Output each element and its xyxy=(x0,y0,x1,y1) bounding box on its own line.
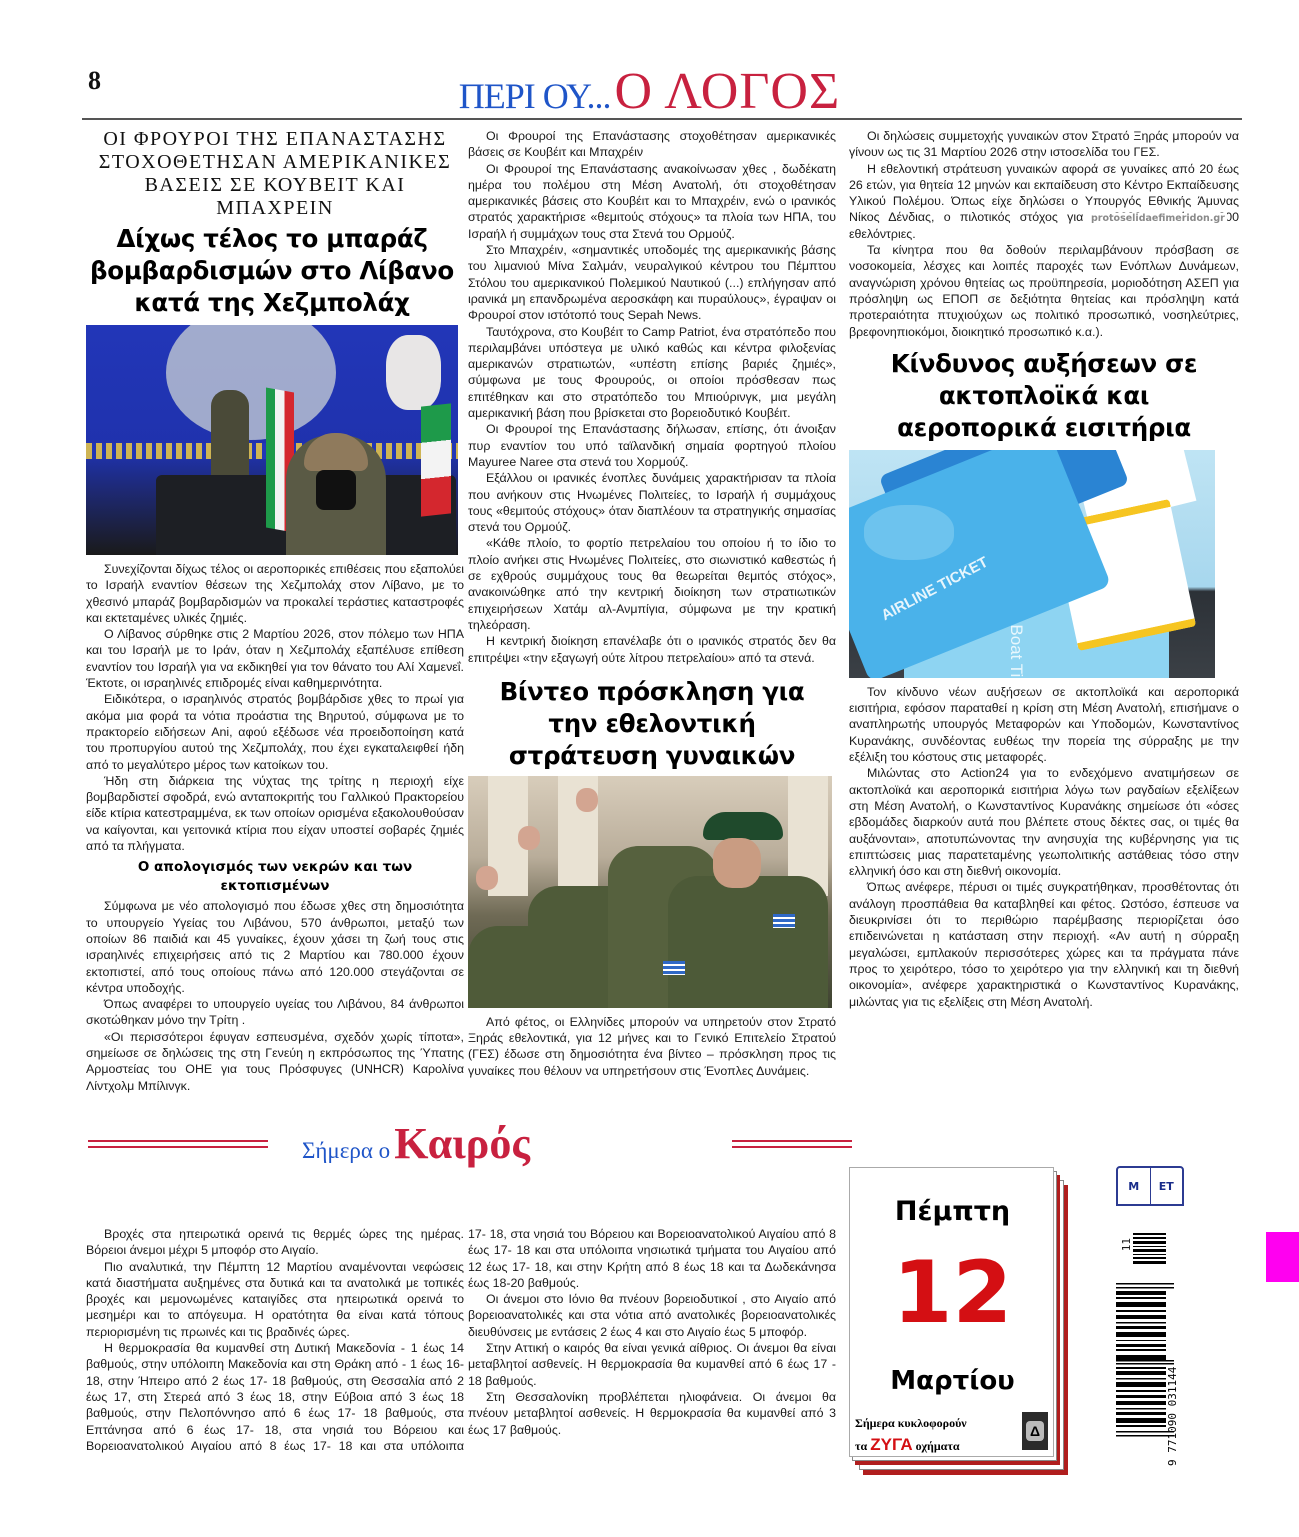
traffic-note: Σήμερα κυκλοφορούν τα ΖΥΓΑ οχήματα xyxy=(855,1412,1020,1457)
delta-badge-icon: Δ xyxy=(1022,1412,1048,1450)
paragraph: Οι Φρουροί της Επανάστασης δήλωσαν, επίσ… xyxy=(468,421,836,470)
watermark: protoselidaefimeridon.gr xyxy=(1089,213,1227,224)
paragraph: Ήδη στη διάρκεια της νύχτας της τρίτης η… xyxy=(86,773,464,854)
paragraph: Οι Φρουροί της Επανάστασης στοχοθέτησαν … xyxy=(468,128,836,161)
barcode-issue-number: 11 xyxy=(1120,1238,1133,1251)
column-2: Οι Φρουροί της Επανάστασης στοχοθέτησαν … xyxy=(468,128,836,1079)
paragraph: Εξάλλου οι ιρανικές ένοπλες δυνάμεις χαρ… xyxy=(468,470,836,535)
column-3: Οι δηλώσεις συμμετοχής γυναικών στον Στρ… xyxy=(849,128,1239,1010)
paragraph: Όπως ανέφερε, πέρυσι οι τιμές συγκρατήθη… xyxy=(849,879,1239,1009)
paragraph: 17- 18, στα νησιά του Βόρειου και Βορειο… xyxy=(468,1226,836,1291)
paragraph: Ταυτόχρονα, στο Κουβέιτ το Camp Patriot,… xyxy=(468,324,836,422)
weather-banner: Σήμερα ο Καιρός xyxy=(82,1122,852,1168)
headline-ticket-prices: Κίνδυνος αυξήσεων σε ακτοπλοϊκά και αερο… xyxy=(879,348,1209,444)
weather-column-1: Βροχές στα ηπειρωτικά ορεινά τις θερμές … xyxy=(86,1226,464,1454)
paragraph: Από φέτος, οι Ελληνίδες μπορούν να υπηρε… xyxy=(468,1014,836,1079)
photo-iranian-guards xyxy=(86,325,458,555)
paragraph: Οι Φρουροί της Επανάστασης ανακοίνωσαν χ… xyxy=(468,161,836,242)
paragraph: Οι άνεμοι στο Ιόνιο θα πνέουν βορειοδυτι… xyxy=(468,1291,836,1340)
barcode-addon-icon xyxy=(1133,1233,1166,1265)
calendar-date: 12 xyxy=(850,1248,1055,1338)
paragraph: «Οι περισσότεροι έφυγαν εσπευσμένα, σχεδ… xyxy=(86,1029,464,1094)
photo-airline-ferry-tickets: Ferry Boat Ticket AIRLINE TICKET xyxy=(849,450,1215,678)
photo-women-soldiers xyxy=(468,776,832,1008)
paragraph: Στο Μπαχρέιν, «σημαντικές υποδομές της α… xyxy=(468,242,836,323)
paragraph: Μιλώντας στο Action24 για το ενδεχόμενο … xyxy=(849,765,1239,879)
paragraph: Τα κίνητρα που θα δοθούν περιλαμβάνουν π… xyxy=(849,242,1239,340)
calendar-month: Μαρτίου xyxy=(850,1366,1055,1396)
paragraph: Τον κίνδυνο νέων αυξήσεων σε ακτοπλοϊκά … xyxy=(849,684,1239,765)
masthead-prefix: ΠΕΡΙ ΟΥ... xyxy=(459,76,611,116)
paragraph: Ειδικότερα, ο ισραηλινός στρατός βομβάρδ… xyxy=(86,691,464,772)
paragraph: Η εθελοντική στράτευση γυναικών αφορά σε… xyxy=(849,161,1239,242)
headline-women-volunteers: Βίντεο πρόσκληση για την εθελοντική στρά… xyxy=(488,676,816,772)
paragraph: Βροχές στα ηπειρωτικά ορεινά τις θερμές … xyxy=(86,1226,464,1259)
calendar-day: Πέμπτη xyxy=(850,1196,1055,1227)
paragraph: Σύμφωνα με νέο απολογισμό που έδωσε χθες… xyxy=(86,898,464,996)
paragraph: Η κεντρική διοίκηση επανέλαβε ότι ο ιραν… xyxy=(468,633,836,666)
kicker-lebanon: ΟΙ ΦΡΟΥΡΟΙ ΤΗΣ ΕΠΑΝΑΣΤΑΣΗΣ ΣΤΟΧΟΘΕΤΗΣΑΝ … xyxy=(86,128,464,220)
paragraph: «Κάθε πλοίο, το φορτίο πετρελαίου του οπ… xyxy=(468,535,836,633)
headline-lebanon: Δίχως τέλος το μπαράζ βομβαρδισμών στο Λ… xyxy=(86,223,458,319)
paragraph: Η θερμοκρασία θα κυμανθεί στη Δυτική Μακ… xyxy=(86,1340,464,1454)
paragraph: Οι δηλώσεις συμμετοχής γυναικών στον Στρ… xyxy=(849,128,1239,161)
paragraph: Στη Θεσσαλονίκη προβλέπεται ηλιοφάνεια. … xyxy=(468,1389,836,1438)
weather-column-2: 17- 18, στα νησιά του Βόρειου και Βορειο… xyxy=(468,1226,836,1438)
date-calendar: Πέμπτη 12 Μαρτίου Σήμερα κυκλοφορούν τα … xyxy=(849,1167,1059,1467)
banner-rule-left xyxy=(88,1140,268,1148)
paragraph: Όπως αναφέρει το υπουργείο υγείας του Λι… xyxy=(86,996,464,1029)
masthead-title: Ο ΛΟΓΟΣ xyxy=(615,63,841,120)
masthead: ΠΕΡΙ ΟΥ... Ο ΛΟΓΟΣ xyxy=(0,62,1299,121)
banner-rule-right xyxy=(732,1140,852,1148)
weather-title: Σήμερα ο Καιρός xyxy=(302,1118,530,1169)
masthead-divider xyxy=(82,118,1242,120)
color-registration-tab xyxy=(1266,1232,1299,1282)
paragraph: Στην Αττική ο καιρός θα είναι γενικά αίθ… xyxy=(468,1340,836,1389)
paragraph: Ο Λίβανος σύρθηκε στις 2 Μαρτίου 2026, σ… xyxy=(86,626,464,691)
paragraph: Συνεχίζονται δίχως τέλος οι αεροπορικές … xyxy=(86,561,464,626)
barcode-digits: 9 771090 031144 xyxy=(1166,1296,1184,1466)
subhead-casualties: Ο απολογισμός των νεκρών και των εκτοπισ… xyxy=(86,858,464,896)
paragraph: Πιο αναλυτικά, την Πέμπτη 12 Μαρτίου ανα… xyxy=(86,1259,464,1340)
column-1: ΟΙ ΦΡΟΥΡΟΙ ΤΗΣ ΕΠΑΝΑΣΤΑΣΗΣ ΣΤΟΧΟΘΕΤΗΣΑΝ … xyxy=(86,128,464,1094)
met-book-logo-icon: Μ ΕΤ xyxy=(1116,1166,1184,1206)
